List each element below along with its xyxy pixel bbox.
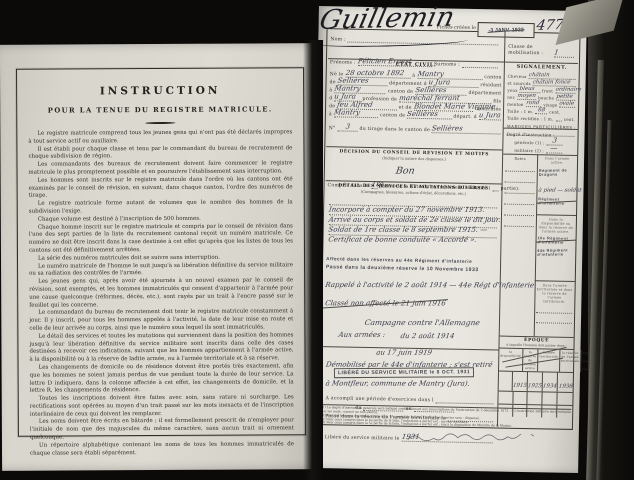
taille-value: 68 — [537, 108, 545, 113]
paragraph: Chaque homme inscrit sur le registre mat… — [29, 223, 293, 256]
service-line: Arrivé au corps et soldat de 2e classe l… — [328, 216, 501, 224]
left-page: INSTRUCTION POUR LA TENUE DU REGISTRE MA… — [0, 43, 320, 471]
epoque-v4: 1934 — [543, 384, 558, 390]
regiment-44-stamp: 44e Régiment d'infanterie — [537, 248, 573, 257]
residence: Mantry — [334, 86, 361, 93]
ornament-divider — [145, 122, 175, 124]
epoque-col1: la disponibilité — [500, 350, 521, 358]
book-scan: INSTRUCTION POUR LA TENUE DU REGISTRE MA… — [0, 0, 634, 480]
visage-value: ovale — [559, 102, 575, 108]
campagne-line: Campagne contre l'Allemagne — [364, 318, 481, 327]
instruction-degree-box: Degré d'instruction : générale (1) : 3 m… — [506, 132, 574, 154]
non-affecte-line: Classé non affecté le 21 juin 1916 — [324, 299, 446, 307]
tirage-canton: Sellières — [431, 125, 463, 132]
paragraph: Les hommes sont inscrits sur le registre… — [29, 176, 293, 201]
cheveux-value: châtain — [528, 73, 550, 79]
yeux-value: bleus — [519, 87, 535, 93]
instruction-title: INSTRUCTION — [17, 84, 303, 97]
label: canton de — [380, 113, 405, 118]
instruction-box: INSTRUCTION POUR LA TENUE DU REGISTRE MA… — [16, 67, 306, 437]
libere-label: Libéré du service militaire le — [325, 435, 400, 441]
reserve-active-label: Dans la disponibilité ou dans la réserve… — [538, 217, 574, 234]
taille-rect-unit: cent. — [564, 117, 575, 122]
territoriale-label: Dans l'armée territoriale et dans la rés… — [536, 283, 572, 304]
epoque-table: ÉPOQUE à laquelle l'homme doit passer da… — [498, 338, 574, 418]
infanterie-stamp-struck: Régiment d'infanterie — [538, 197, 574, 206]
tirage-number: 3 — [345, 124, 351, 131]
reserve-active-cell: Dans la disponibilité ou dans la réserve… — [537, 217, 574, 257]
service-line: Incorporé à compter du 27 novembre 1913. — [328, 206, 485, 214]
paragraph: Les commandants des bureaux de recruteme… — [29, 160, 293, 177]
periode-label: A accompli une période d'exercices dans … — [325, 396, 433, 403]
aux-armees-label: Aux armées : — [338, 331, 386, 339]
paragraph: Le numéro matricule de l'homme le suit j… — [29, 262, 293, 279]
residence-departement: u Jura — [334, 94, 357, 101]
sourcils-value: châtain foncé — [532, 80, 571, 86]
paragraph: Le détail des services et toutes les mut… — [29, 332, 293, 365]
label: canton — [484, 75, 501, 80]
nez-value: moyen — [516, 94, 535, 100]
regiment-10-stamp: 10e Régiment d'infanterie — [537, 236, 573, 245]
epoque-col4: la réserve de l'armée territoriale — [561, 351, 580, 363]
service-line: Certificat de bonne conduite « Accordé »… — [328, 236, 478, 244]
paragraph: Un répertoire alphabétique contenant les… — [30, 441, 294, 458]
menton-label: menton — [507, 102, 524, 107]
paragraph: Les changements de domicile ou de réside… — [30, 363, 294, 396]
label: à — [329, 112, 332, 117]
nez-label: nez — [507, 95, 515, 100]
label: d — [329, 96, 332, 101]
label: à — [329, 88, 332, 93]
paragraph: Le registre matricule forme autant de vo… — [29, 199, 293, 216]
epoque-vdate: 1938 — [558, 384, 573, 390]
generale-label: générale (1) : — [514, 140, 544, 146]
militaire-value: — — [550, 146, 558, 153]
epoque-v3: 1925 — [528, 383, 543, 389]
surname-handwritten: Guillemin — [317, 2, 458, 36]
territoriale-cell: Dans l'armée territoriale et dans la rés… — [536, 283, 573, 324]
etat-civil-lines: Né le28 octobre 1892 àMantry canton deSe… — [329, 69, 502, 134]
reserve-stamp-line: Affecté dans les réserves au 44e Régimen… — [326, 256, 498, 264]
paragraph: Le commandant du bureau de recrutement d… — [29, 309, 293, 334]
menton-value: rond — [525, 101, 539, 107]
service-line: Soldat de 1re classe le 8 septembre 1915… — [328, 226, 488, 234]
rule — [535, 280, 575, 282]
birth-place: Mantry — [417, 71, 444, 78]
aux-armees-from: du 2 août 1914 — [400, 332, 455, 340]
tirage-no-label: N° — [329, 126, 336, 131]
taille-unit: cent. — [549, 109, 560, 114]
fiche-right-column: SIGNALEMENT. Cheveux châtain et sourcils… — [497, 32, 580, 428]
epoque-v2: 1915 — [513, 383, 528, 389]
tirage-label: du tirage dans le canton de — [359, 127, 430, 133]
profession: maréchal ferrant — [398, 95, 460, 102]
deuxieme-reserve-stamp: Passé dans la deuxième réserve le 10 Nov… — [326, 264, 498, 273]
domicile-departement: u Jura — [478, 112, 501, 119]
paragraph: Toutes les inscriptions doivent être fai… — [30, 394, 294, 419]
paragraph: Il est établi pour chaque classe et tenu… — [28, 145, 292, 162]
instruction-text: Le registre matricule comprend tous les … — [28, 129, 294, 458]
domicile-canton: Sellières — [407, 111, 439, 118]
residence-canton: Sellières — [415, 87, 447, 94]
paragraph: Les noms doivent être écrits en bâtarde … — [30, 418, 294, 443]
taille-label: Taille : 1 m. — [507, 109, 533, 115]
armee-active-label: Dans l'armée active. — [539, 156, 575, 165]
demobilisation-line-2: à Montfleur, commune de Mantry (Jura). — [325, 379, 470, 387]
paragraph: Le registre matricule comprend tous les … — [28, 129, 292, 146]
paragraph: Les jeunes gens qui, après avoir été ajo… — [29, 277, 293, 310]
rule — [536, 214, 576, 216]
demobilisation-line-1: Démobilisé par le 44e d'infanterie ; s'e… — [325, 361, 493, 369]
page-gutter-shadow — [303, 40, 323, 480]
fiche-left-column: ÉTAT CIVIL. Né le28 octobre 1892 àMantry… — [321, 28, 505, 426]
taille-rect-label: Taille rectifiée : 1 m. — [507, 116, 554, 122]
armee-active-cell: Dans l'armée active. Régiment de Dragons… — [538, 156, 575, 206]
militaire-label: militaire (2) : — [514, 148, 544, 154]
instruction-subtitle: POUR LA TENUE DU REGISTRE MATRICULE. — [17, 105, 303, 114]
military-record-sheet: Guillemin Fiches créées le -3 JANV. 1922… — [310, 6, 587, 473]
localites-block: Démobilisé par le 44e d'infanterie ; s'e… — [325, 350, 495, 443]
bouche-value: petite — [556, 95, 573, 101]
domicile: Mantry — [333, 110, 360, 117]
dates-subcolumn: Dates — [504, 157, 535, 228]
service-record: Incorporé à compter du 27 novembre 1913.… — [329, 195, 498, 238]
handwritten-scrawl — [406, 432, 546, 447]
front-label: front — [542, 88, 553, 93]
dragons-annotation: à pied — soldat — [538, 188, 582, 194]
front-value: ordinaire — [555, 88, 582, 94]
regiment-dragons-stamp: Régiment de Dragons — [539, 168, 575, 177]
